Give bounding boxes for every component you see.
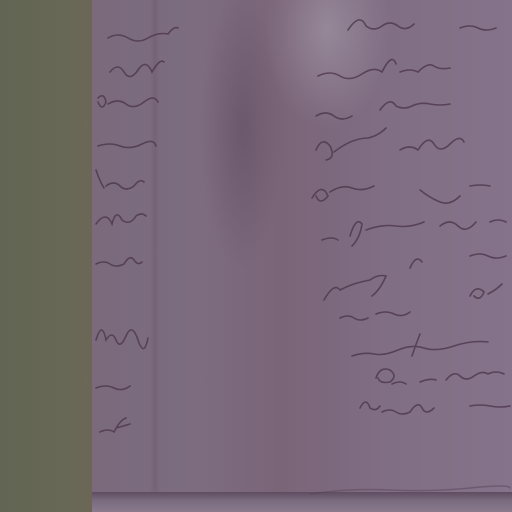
handwriting-strokes bbox=[0, 0, 512, 512]
